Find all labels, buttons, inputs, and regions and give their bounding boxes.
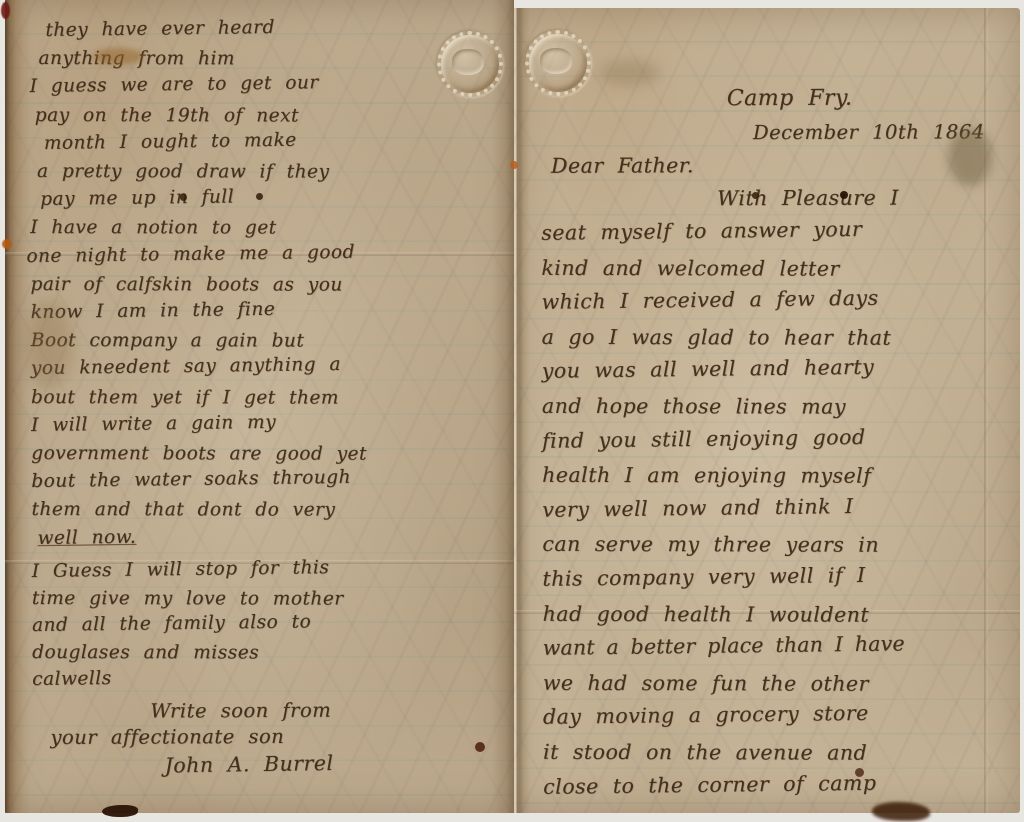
handwriting-line: and all the family also to <box>32 606 505 639</box>
handwritten-text-right: Camp Fry. December 10th 1864 Dear Father… <box>541 81 1010 804</box>
handwriting-line: close to the corner of camp <box>543 764 1009 804</box>
embossed-seal-icon <box>525 30 591 96</box>
embossed-seal-icon <box>437 31 503 97</box>
handwriting-line: calwells <box>32 660 505 693</box>
handwriting-line: which I received a few days <box>541 279 1007 319</box>
handwriting-line: bout the water soaks through <box>31 462 504 496</box>
handwriting-line: find you still enjoying good <box>542 418 1008 458</box>
handwriting-line: know I am in the fine <box>30 293 503 327</box>
handwriting-line: seat myself to answer your <box>541 210 1007 250</box>
closing-line: Write soon from <box>150 697 505 725</box>
seal-inner-relief <box>452 49 484 75</box>
signature: John A. Burrel <box>164 745 505 780</box>
date-line: December 10th 1864 <box>753 115 1007 149</box>
handwriting-line: day moving a grocery store <box>543 694 1009 734</box>
handwriting-line: I will write a gain my <box>31 406 504 440</box>
handwriting-line: one night to make me a good <box>26 236 503 270</box>
handwriting-line: pay me up in full <box>40 180 503 214</box>
salutation: Dear Father. <box>551 148 1007 183</box>
handwriting-line: want a better place than I have <box>543 625 1009 665</box>
handwriting-line: month I ought to make <box>44 124 503 158</box>
handwriting-line: they have ever heard <box>45 11 502 45</box>
handwriting-line: very well now and think I <box>542 487 1008 527</box>
letter-postscript: I Guess I will stop for thistime give my… <box>32 556 506 693</box>
letter-body: seat myself to answer yourkind and welco… <box>541 214 1009 804</box>
handwriting-line: well now. <box>37 519 504 553</box>
place-heading: Camp Fry. <box>727 81 1007 116</box>
handwriting-line: you kneedent say anything a <box>31 349 504 383</box>
letter-body: they have ever heardanything from himI g… <box>29 15 504 553</box>
handwritten-text-left: they have ever heardanything from himI g… <box>29 15 505 781</box>
seal-inner-relief <box>540 48 572 74</box>
handwriting-line: I Guess I will stop for this <box>32 552 505 585</box>
handwriting-line: this company very well if I <box>542 556 1008 596</box>
letter-page-left: they have ever heardanything from himI g… <box>5 0 514 813</box>
letter-page-right: Camp Fry. December 10th 1864 Dear Father… <box>514 8 1020 813</box>
handwriting-line: you was all well and hearty <box>542 348 1008 388</box>
handwriting-line: I guess we are to get our <box>29 67 502 101</box>
